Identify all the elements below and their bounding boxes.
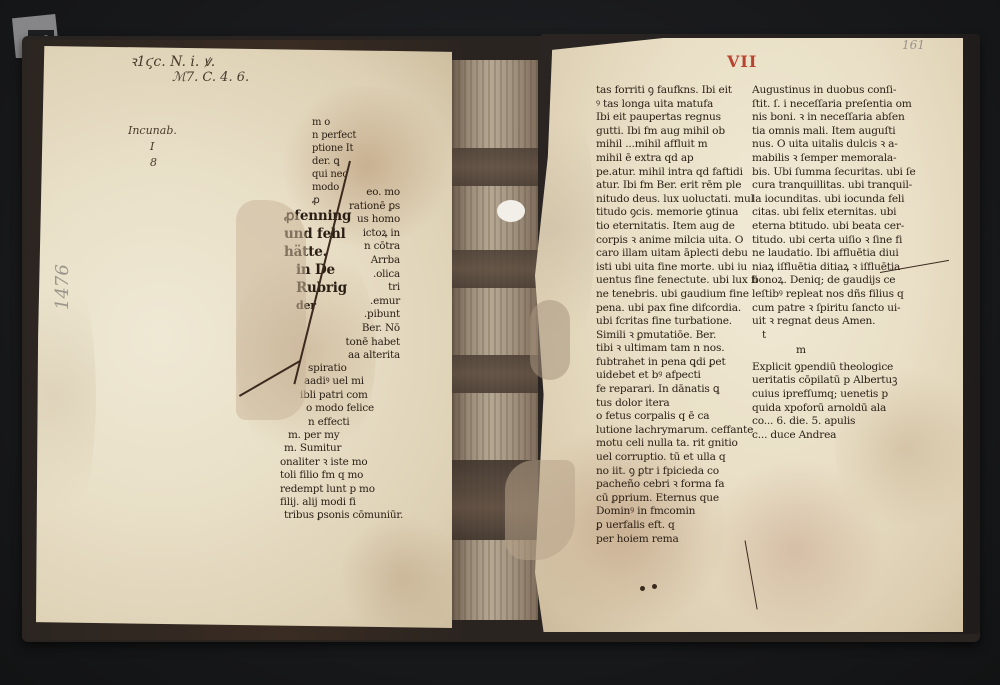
torn-area <box>236 200 306 420</box>
folio-number: 161 <box>902 38 925 52</box>
right-page-right-column: Augustinus in duobus conſi- ſtit. ſ. i n… <box>752 84 916 442</box>
torn-area <box>505 460 575 560</box>
margin-pencil-note: 1476 <box>52 264 73 310</box>
inscription-line-2: I <box>150 140 154 153</box>
shelfmark-line-2: ℳ7. C. 4. 6. <box>172 70 249 85</box>
inscription-line-3: 8 <box>150 156 157 169</box>
shelfmark-line-1: ꝛ1ϛc. N. i. ꝟ. <box>130 52 215 71</box>
spine-band <box>452 148 538 186</box>
inscription-line-1: Incunab. <box>128 124 177 137</box>
right-page-left-column: tas forriti ꝯ faufkns. Ibi eit ꝰ tas lon… <box>596 84 758 546</box>
spine-band <box>452 250 538 288</box>
torn-area <box>530 300 570 380</box>
stain <box>336 516 452 628</box>
left-fragment-right-column: eo. mo rationē ꝑs us homo ictoꝝ in n cōt… <box>340 186 400 363</box>
spine-band <box>452 355 538 393</box>
chapter-numeral: VII <box>727 52 757 71</box>
